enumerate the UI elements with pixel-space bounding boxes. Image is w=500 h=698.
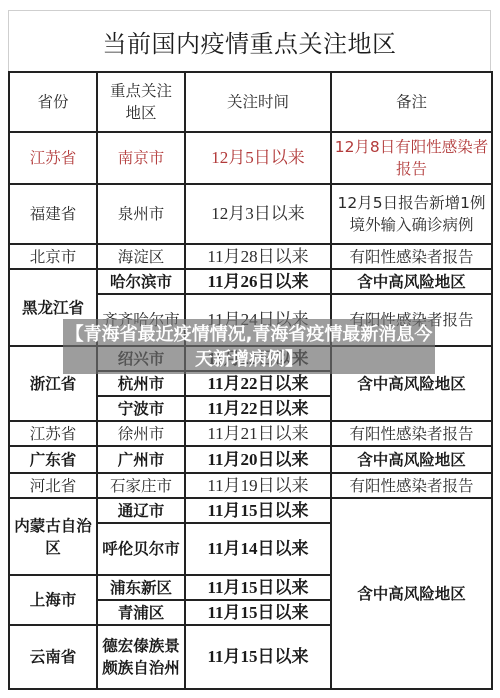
header-province: 省份 (9, 72, 97, 132)
header-note: 备注 (331, 72, 492, 132)
table-row: 黑龙江省 哈尔滨市 11月26日以来 含中高风险地区 (9, 269, 492, 294)
table-row: 江苏省 徐州市 11月21日以来 有阳性感染者报告 (9, 421, 492, 446)
table-row: 江苏省 南京市 12月5日以来 12月8日有阳性感染者报告 (9, 132, 492, 184)
table-title: 当前国内疫情重点关注地区 (8, 10, 491, 71)
table-row: 河北省 石家庄市 11月19日以来 有阳性感染者报告 (9, 473, 492, 498)
header-row: 省份 重点关注地区 关注时间 备注 (9, 72, 492, 132)
caption-overlay: 【青海省最近疫情情况,青海省疫情最新消息今天新增病例】 (63, 319, 435, 374)
focus-areas-table: 省份 重点关注地区 关注时间 备注 江苏省 南京市 12月5日以来 12月8日有… (8, 71, 493, 690)
table-row: 北京市 海淀区 11月28日以来 有阳性感染者报告 (9, 244, 492, 269)
header-area: 重点关注地区 (97, 72, 185, 132)
table-row: 广东省 广州市 11月20日以来 含中高风险地区 (9, 446, 492, 473)
table-row: 福建省 泉州市 12月3日以来 12月5日报告新增1例境外输入确诊病例 (9, 184, 492, 244)
header-time: 关注时间 (185, 72, 331, 132)
table-row: 内蒙古自治区 通辽市 11月15日以来 含中高风险地区 (9, 498, 492, 523)
